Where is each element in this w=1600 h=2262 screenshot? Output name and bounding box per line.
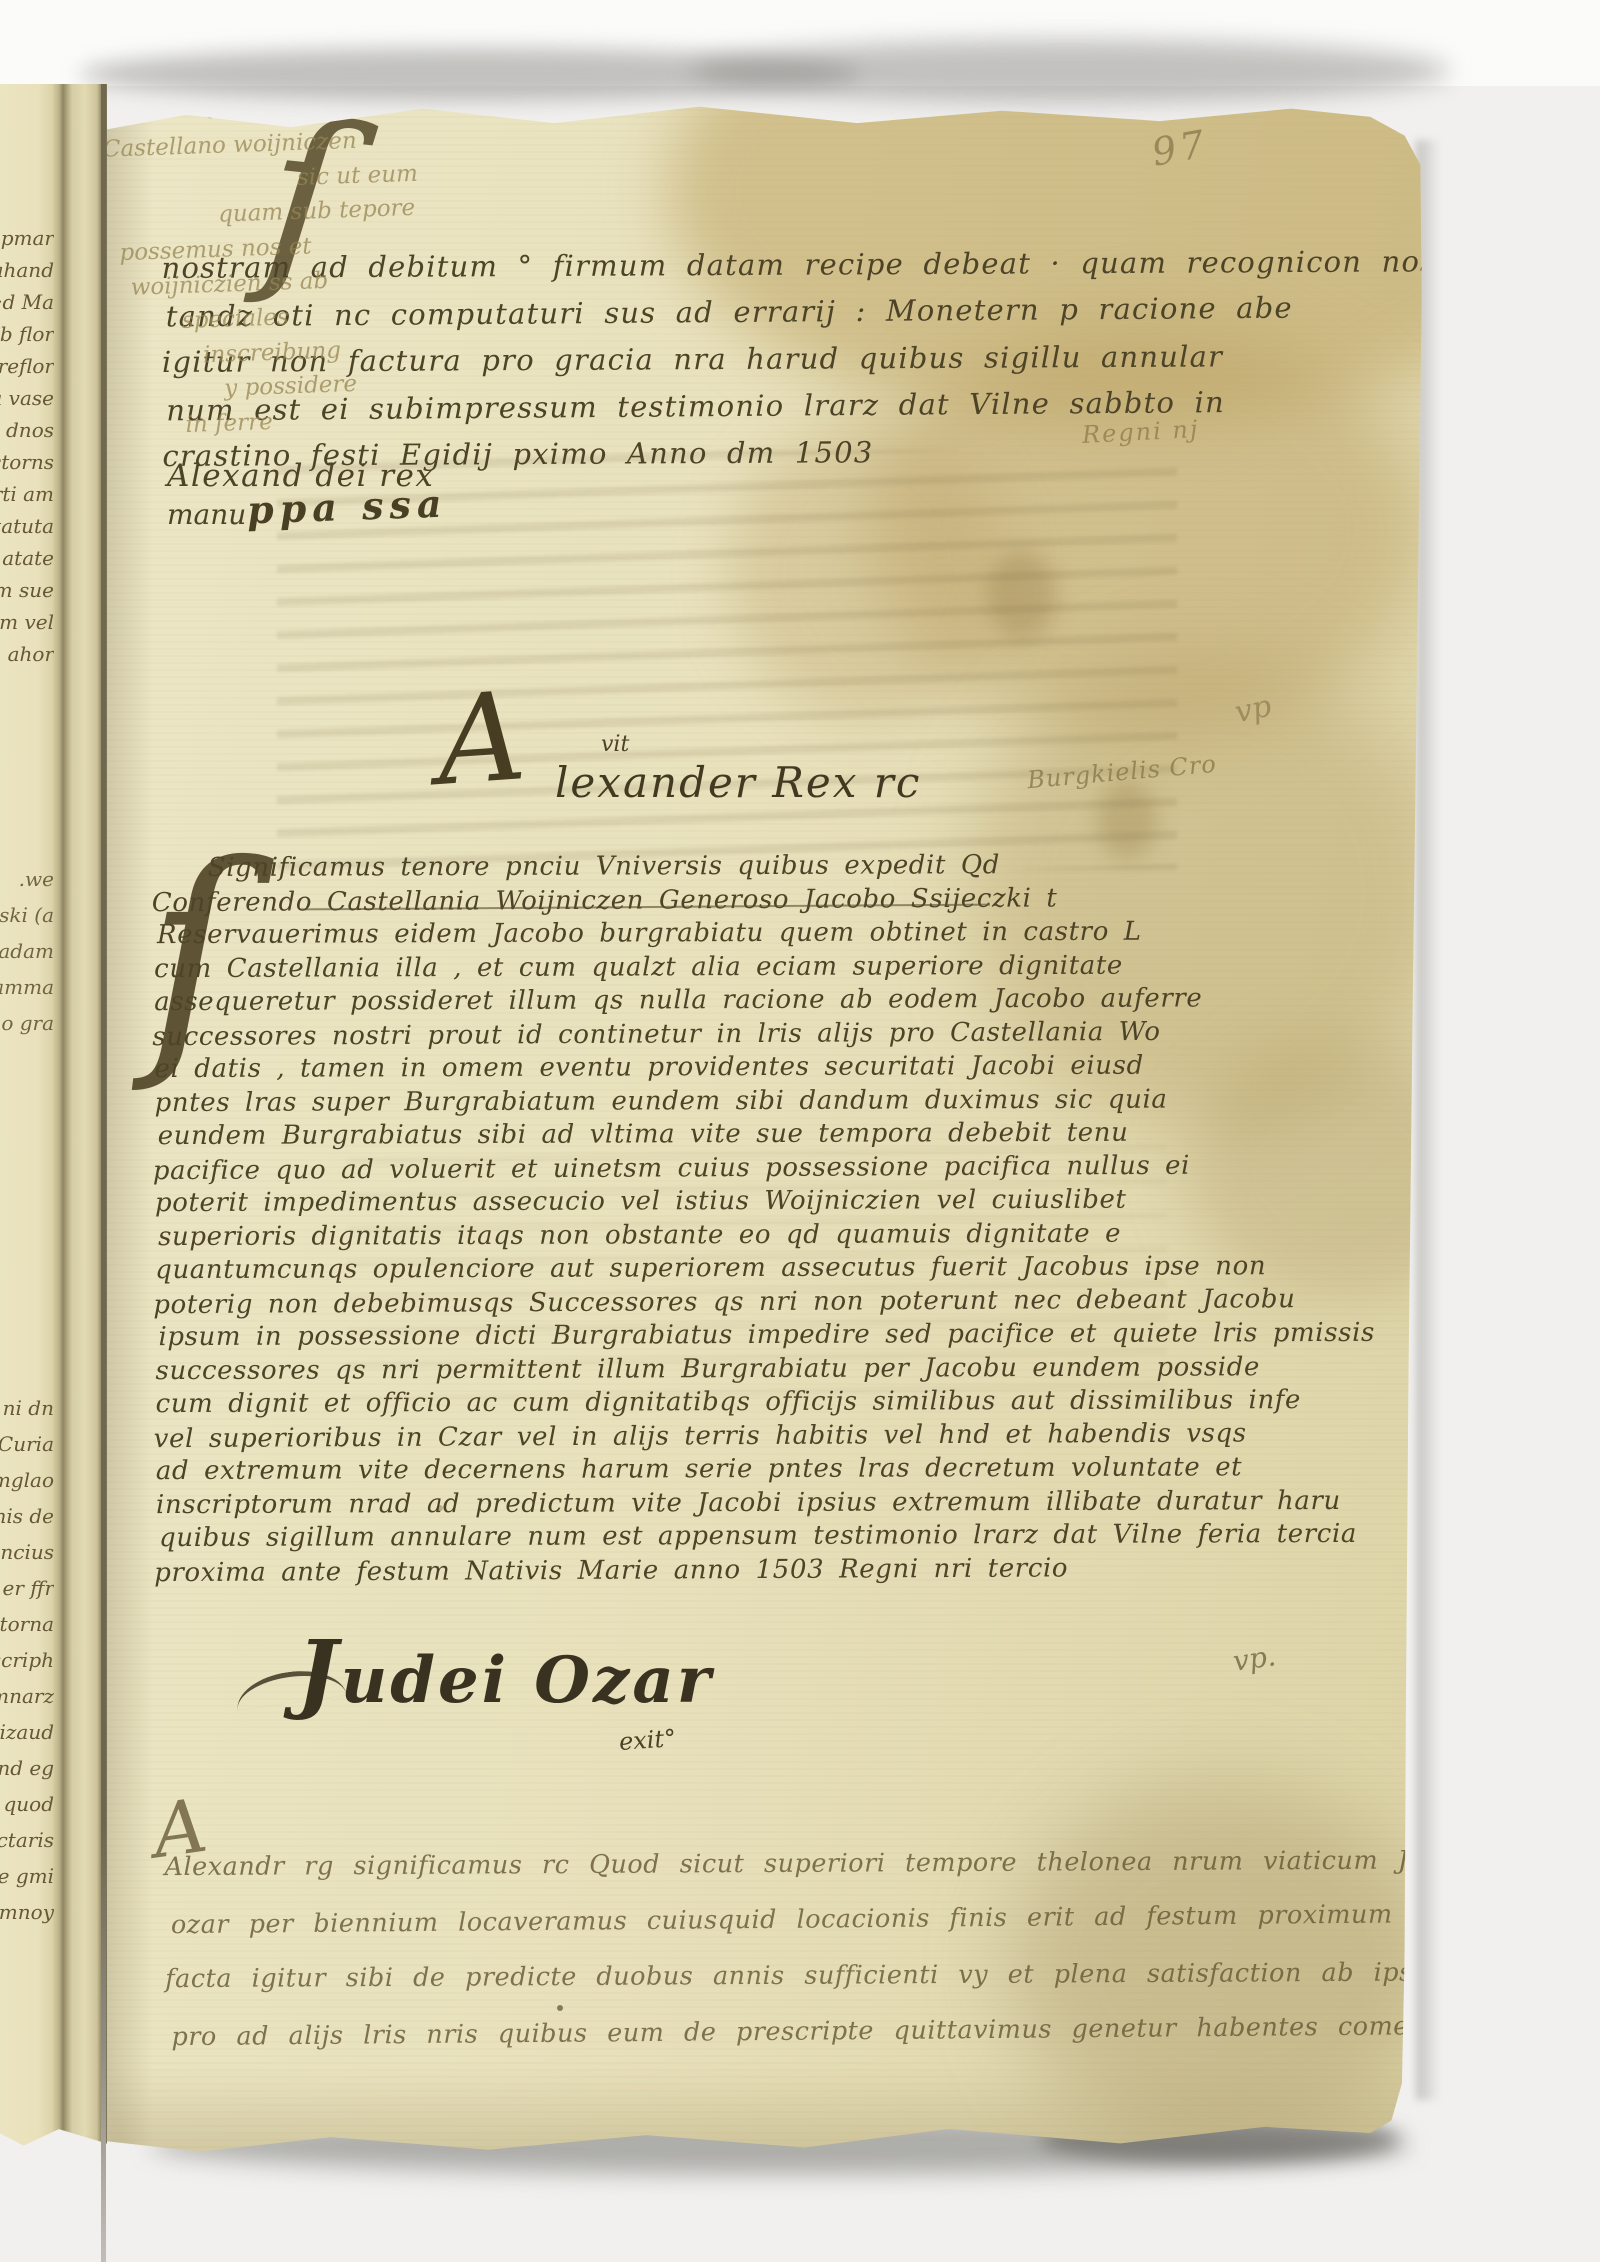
text-line: mctorna bbox=[0, 1606, 54, 1642]
text-line: Reservauerimus eidem Jacobo burgrabiatu … bbox=[157, 915, 1357, 953]
text-line: ei datis , tamen in omem eventu providen… bbox=[154, 1049, 1354, 1087]
text-line: we. bbox=[0, 861, 54, 897]
text-line: vel superioribus in Czar vel in alijs te… bbox=[154, 1416, 1354, 1456]
text-line: ni dn bbox=[0, 1390, 54, 1426]
page-top-shadow bbox=[690, 40, 1450, 102]
entry2-paragraph: Significamus tenore pnciu Vniversis quib… bbox=[154, 848, 1357, 1589]
text-line: simnoy bbox=[0, 1894, 54, 1930]
text-line: poterig non debebimusqs Successores qs n… bbox=[153, 1282, 1353, 1322]
text-line: pro reflor bbox=[0, 350, 54, 382]
text-line: eundem Burgrabiatus sibi ad vltima vite … bbox=[158, 1116, 1358, 1154]
previous-page-text-fragments-middle: we.oski (amadamro(ammao gra bbox=[0, 861, 54, 1041]
text-line: oski (a bbox=[0, 897, 54, 933]
text-line: atate bbox=[0, 542, 54, 574]
text-line: ro(amma bbox=[0, 969, 54, 1005]
text-line: m vel bbox=[0, 606, 54, 638]
previous-page-edge: pmarahandd Ma:ob florpro reflora vaseari… bbox=[0, 84, 107, 2156]
clerk-mark-vp: vp. bbox=[1231, 1639, 1278, 1678]
manuscript-scan: pmarahandd Ma:ob florpro reflora vaseari… bbox=[0, 0, 1600, 2262]
signature-monogram: ppa ssa bbox=[246, 481, 448, 533]
text-line: pntes lras super Burgrabiatum eundem sib… bbox=[155, 1082, 1355, 1120]
entry2-heading-superscript: vit bbox=[601, 732, 629, 757]
book-gutter-edge bbox=[101, 84, 106, 2262]
text-line: quantumcunqs opulenciore aut superiorem … bbox=[155, 1250, 1355, 1288]
text-line: facta igitur sibi de predicte duobus ann… bbox=[165, 1945, 1355, 2007]
text-line: ctaris bbox=[0, 1822, 54, 1858]
previous-page-text-fragments-bottom: ni dni Curiao stamglaoinis deonciuser ff… bbox=[0, 1390, 54, 1930]
text-line: a vase bbox=[0, 382, 54, 414]
entry3-paragraph: Alexandr rg significamus rc Quod sicut s… bbox=[164, 1833, 1355, 2063]
text-line: i Curia bbox=[0, 1426, 54, 1462]
text-line: ahand bbox=[0, 254, 54, 286]
text-line: pmar bbox=[0, 222, 54, 254]
text-line: assequeretur possideret illum qs nulla r… bbox=[154, 982, 1354, 1020]
manuscript-page: 97 ſ nostram ad debitum ° firmum datam r… bbox=[107, 90, 1423, 2162]
text-line: ob flor bbox=[0, 318, 54, 350]
text-line: quibus sigillum annulare num est appensu… bbox=[159, 1518, 1359, 1556]
text-line: Significamus tenore pnciu Vniversis quib… bbox=[154, 848, 1354, 886]
previous-page-text-fragments-top: pmarahandd Ma:ob florpro reflora vaseari… bbox=[0, 222, 54, 670]
clerk-mark-vp: vp bbox=[1232, 689, 1275, 731]
text-line: ad extremum vite decernens harum serie p… bbox=[156, 1451, 1356, 1489]
text-line: ulle gmi bbox=[0, 1858, 54, 1894]
signature-manu: manu bbox=[167, 498, 246, 531]
text-line: inscriptorum nrad ad predictum vite Jaco… bbox=[156, 1484, 1356, 1522]
text-line: ahor bbox=[0, 638, 54, 670]
text-line: inis de bbox=[0, 1498, 54, 1534]
text-line: pro ad alijs lris nris quibus eum de pre… bbox=[171, 1999, 1361, 2065]
text-line: and eg bbox=[0, 1750, 54, 1786]
text-line: d Ma: bbox=[0, 286, 54, 318]
text-line: oncius bbox=[0, 1534, 54, 1570]
text-line: superioris dignitatis itaqs non obstante… bbox=[158, 1216, 1358, 1254]
text-line: et imnarz bbox=[0, 1678, 54, 1714]
text-line: scriph bbox=[0, 1642, 54, 1678]
text-line: nizaud bbox=[0, 1714, 54, 1750]
text-line: Conferendo Castellania Woijniczen Genero… bbox=[152, 880, 1352, 920]
text-line: proxima ante festum Nativis Marie anno 1… bbox=[154, 1550, 1354, 1590]
text-line: pacifice quo ad voluerit et uinetsm cuiu… bbox=[153, 1148, 1353, 1188]
text-line: cum dignit et officio ac cum dignitatibq… bbox=[156, 1384, 1356, 1422]
text-line: cum Castellania illa , et cum qualzt ali… bbox=[154, 948, 1354, 986]
text-line: er ffr bbox=[0, 1570, 54, 1606]
entry2-heading: lexander Rex rc bbox=[555, 758, 921, 807]
text-line: irti am bbox=[0, 478, 54, 510]
text-line: nas quod bbox=[0, 1786, 54, 1822]
text-line: ipsum in possessione dicti Burgrabiatus … bbox=[158, 1317, 1358, 1355]
text-line: ozar per biennium locaveramus cuiusquid … bbox=[171, 1887, 1361, 1953]
text-line: poterit impedimentus assecucio vel istiu… bbox=[155, 1183, 1355, 1221]
text-line: successores qs nri permittent illum Burg… bbox=[155, 1350, 1355, 1388]
entry2-heading-initial: A bbox=[433, 675, 529, 803]
text-line: o gra bbox=[0, 1005, 54, 1041]
text-line: aria sen: dnos bbox=[0, 414, 54, 446]
entry3-heading: Judei Ozar bbox=[297, 1626, 714, 1721]
entry2-margin-notes: et imprescindarisCastellano woijniczensi… bbox=[101, 82, 549, 445]
entry3-heading-note: exit° bbox=[618, 1724, 677, 1756]
text-line: Alexandr rg significamus rc Quod sicut s… bbox=[164, 1833, 1354, 1895]
text-line: r Statuta bbox=[0, 510, 54, 542]
text-line: madam bbox=[0, 933, 54, 969]
text-line: successores nostri prout id continetur i… bbox=[152, 1014, 1352, 1054]
text-line: o stamglao bbox=[0, 1462, 54, 1498]
text-line: nem sue bbox=[0, 574, 54, 606]
text-line: actorns bbox=[0, 446, 54, 478]
